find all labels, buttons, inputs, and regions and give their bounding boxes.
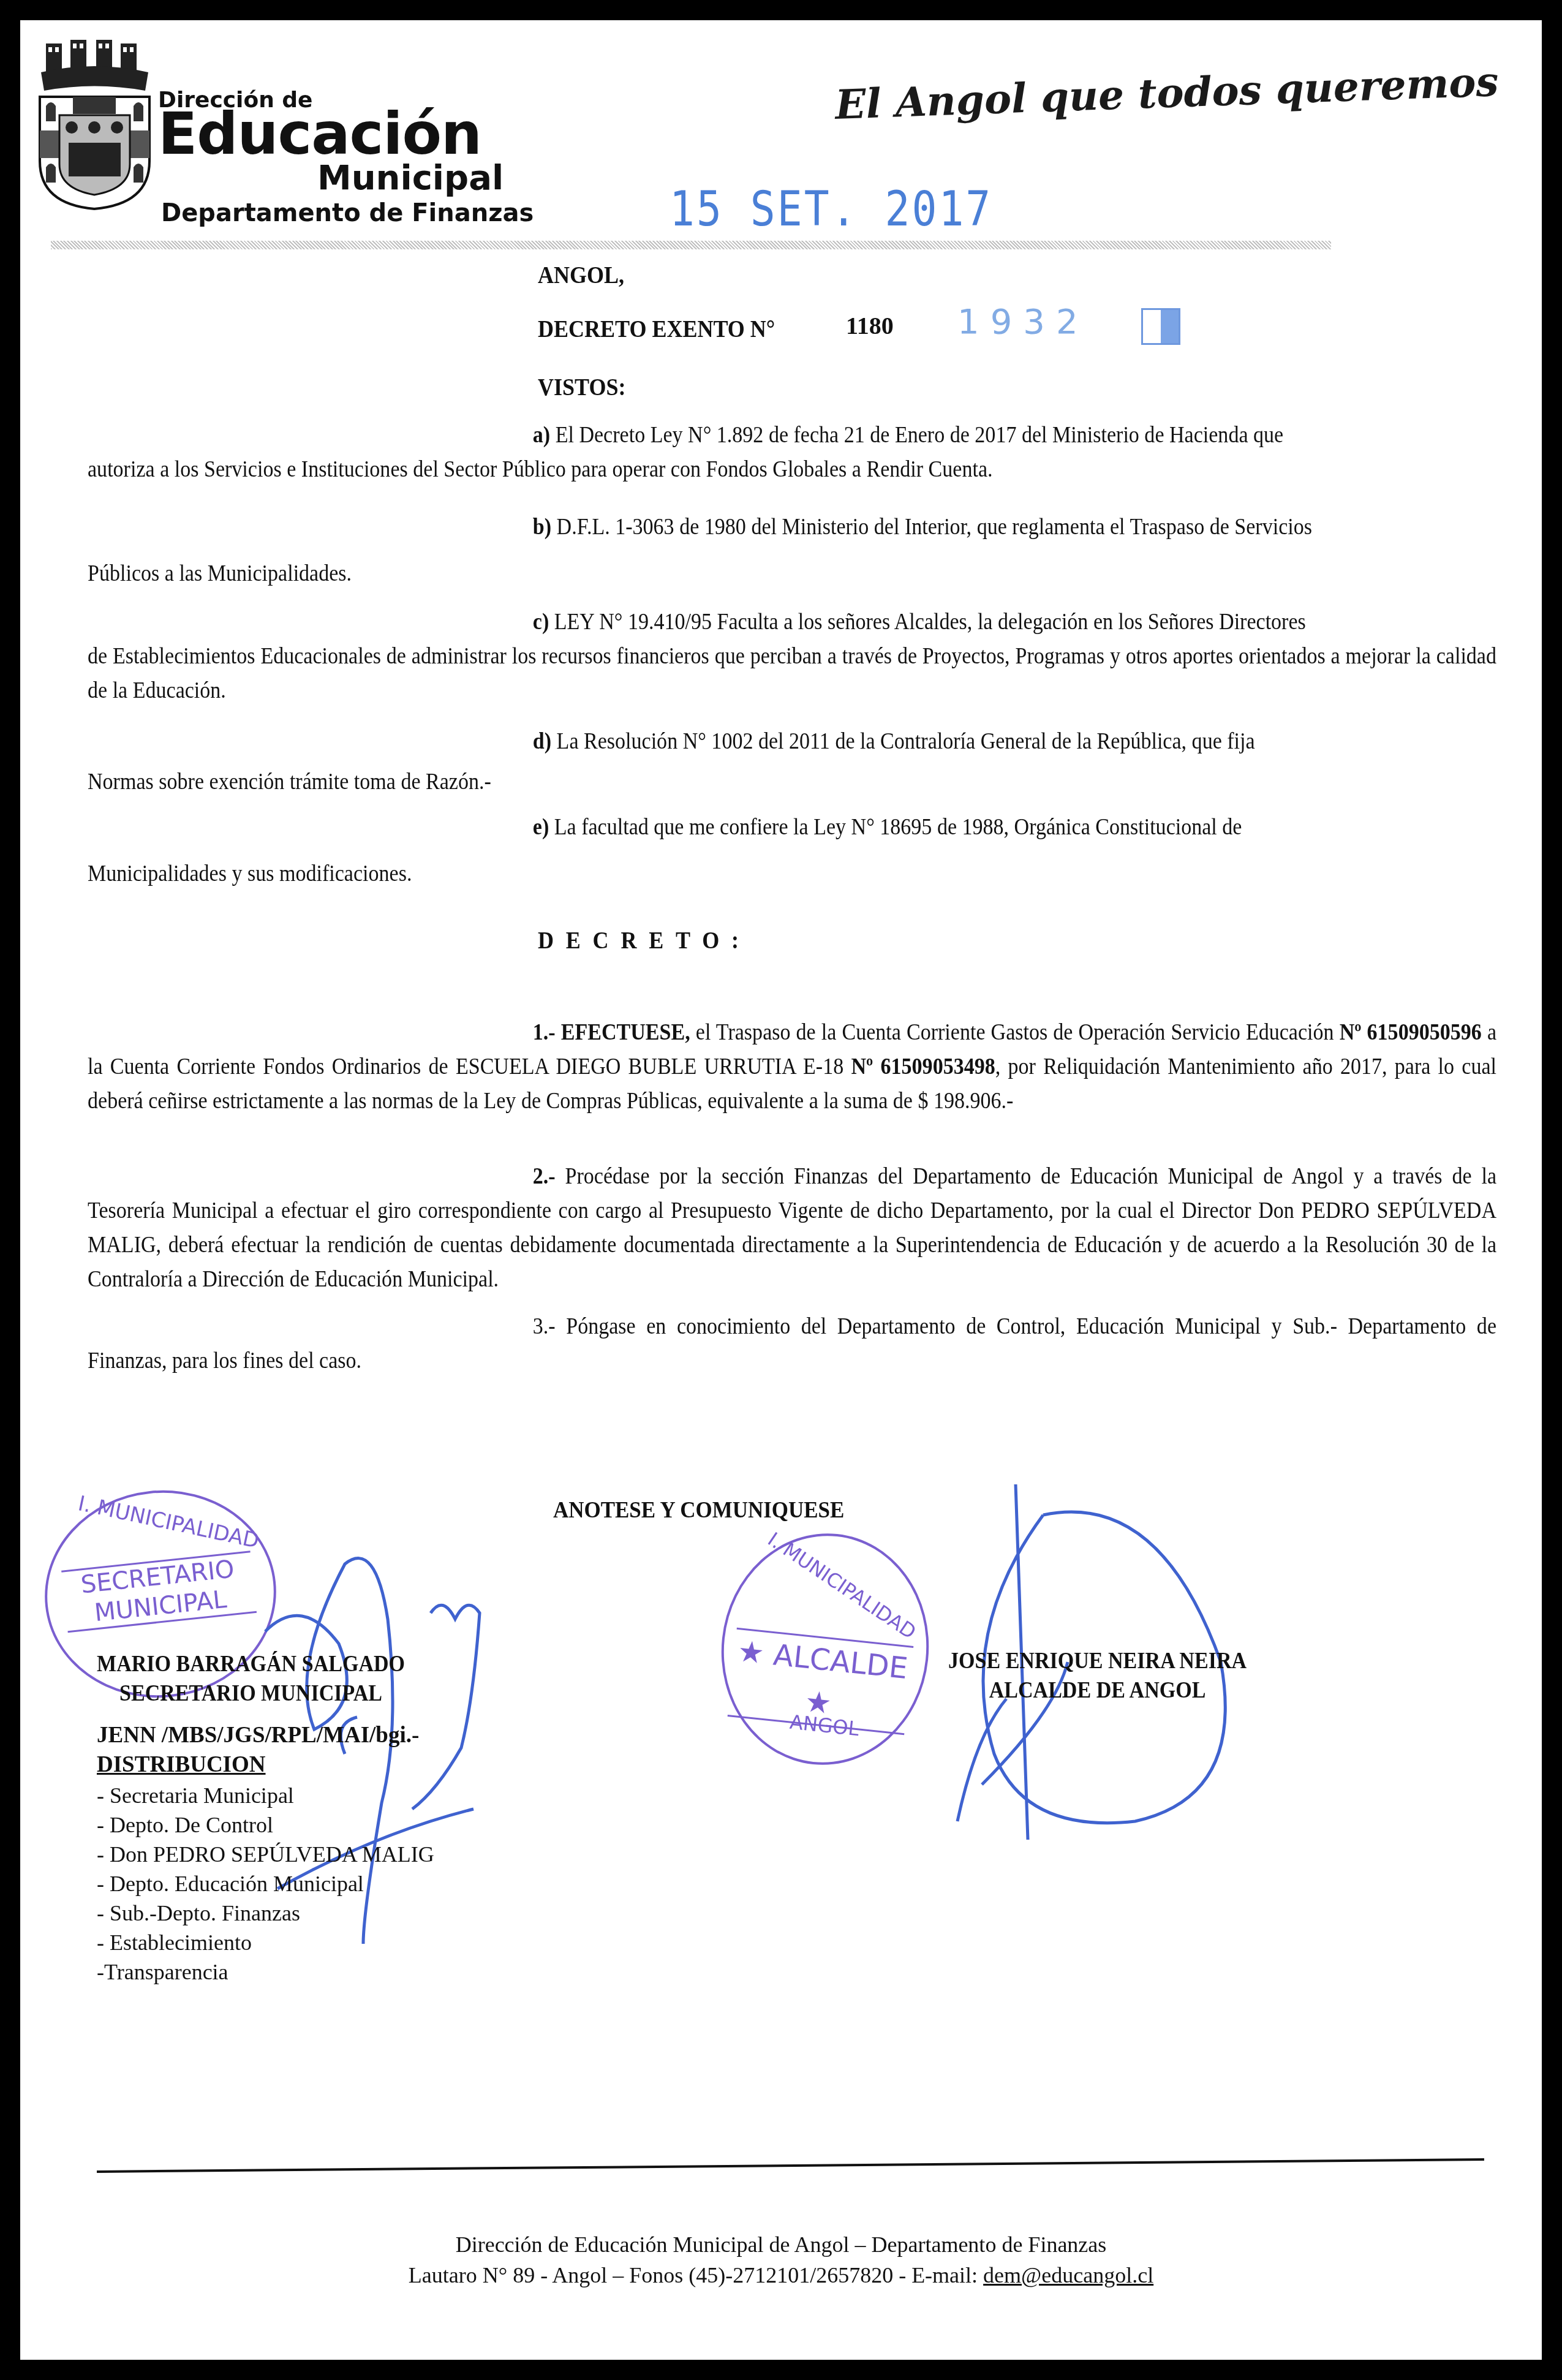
secretary-title: SECRETARIO MUNICIPAL bbox=[97, 1679, 405, 1709]
mayor-name: JOSE ENRIQUE NEIRA NEIRA bbox=[948, 1647, 1247, 1676]
article-3: 3.- Póngase en conocimiento del Departam… bbox=[88, 1310, 1496, 1378]
logo-educacion: Educación bbox=[158, 106, 481, 164]
article-2: 2.- Procédase por la sección Finanzas de… bbox=[88, 1160, 1496, 1297]
article-1: 1.- EFECTUESE, el Traspaso de la Cuenta … bbox=[88, 1016, 1496, 1119]
reference-initials: JENN /MBS/JGS/RPL/MAI/bgi.- bbox=[97, 1722, 419, 1748]
distribution-item: - Depto. Educación Municipal bbox=[97, 1869, 434, 1898]
distribution-item: - Secretaria Municipal bbox=[97, 1781, 434, 1810]
date-stamp: 15 SET. 2017 bbox=[670, 182, 992, 238]
distribution-item: - Don PEDRO SEPÚLVEDA MALIG bbox=[97, 1840, 434, 1869]
registry-stamp-box bbox=[1141, 308, 1180, 345]
distribution-item: - Establecimiento bbox=[97, 1928, 434, 1957]
vistos-e: e) La facultad que me confiere la Ley N°… bbox=[88, 810, 1496, 891]
motto: El Angol que todos queremos bbox=[834, 58, 1500, 129]
distribution-item: -Transparencia bbox=[97, 1957, 434, 1987]
coat-of-arms-icon bbox=[35, 39, 154, 210]
footer-divider bbox=[97, 2158, 1484, 2173]
vistos-c: c) LEY N° 19.410/95 Faculta a los señore… bbox=[88, 605, 1496, 708]
footer-address: Lautaro N° 89 - Angol – Fonos (45)-27121… bbox=[409, 2263, 978, 2287]
vistos-d: d) La Resolución N° 1002 del 2011 de la … bbox=[88, 725, 1496, 799]
document-page: Dirección de Educación Municipal Departa… bbox=[20, 20, 1542, 2360]
mayor-stamp: I. MUNICIPALIDAD ★ ALCALDE ★ ANGOL bbox=[710, 1523, 940, 1775]
decree-label: DECRETO EXENTO N° bbox=[538, 314, 775, 343]
vistos-a: a) El Decreto Ley N° 1.892 de fecha 21 d… bbox=[88, 418, 1496, 487]
footer-contact: Lautaro N° 89 - Angol – Fonos (45)-27121… bbox=[20, 2262, 1542, 2288]
vistos-b: b) D.F.L. 1-3063 de 1980 del Ministerio … bbox=[88, 510, 1496, 591]
decree-number: 1180 bbox=[846, 311, 894, 340]
logo-municipal: Municipal bbox=[317, 158, 504, 198]
mayor-title: ALCALDE DE ANGOL bbox=[948, 1676, 1247, 1706]
secretary-name: MARIO BARRAGÁN SALGADO bbox=[97, 1650, 405, 1679]
distribution-list: - Secretaria Municipal - Depto. De Contr… bbox=[97, 1781, 434, 1987]
distribution-title: DISTRIBUCION bbox=[97, 1751, 266, 1778]
mayor-signature-block: JOSE ENRIQUE NEIRA NEIRA ALCALDE DE ANGO… bbox=[948, 1647, 1247, 1706]
distribution-item: - Sub.-Depto. Finanzas bbox=[97, 1898, 434, 1928]
header-divider bbox=[51, 241, 1331, 249]
footer-email-link[interactable]: dem@educangol.cl bbox=[983, 2263, 1153, 2287]
decreto-heading: DECRETO: bbox=[538, 926, 751, 954]
distribution-item: - Depto. De Control bbox=[97, 1810, 434, 1840]
logo-departamento: Departamento de Finanzas bbox=[161, 199, 534, 227]
city-heading: ANGOL, bbox=[538, 260, 624, 289]
registry-stamp: 1932 bbox=[957, 302, 1089, 342]
secretary-signature-block: MARIO BARRAGÁN SALGADO SECRETARIO MUNICI… bbox=[97, 1650, 405, 1709]
vistos-heading: VISTOS: bbox=[538, 372, 625, 401]
closing-formula: ANOTESE Y COMUNIQUESE bbox=[553, 1497, 844, 1524]
footer-org: Dirección de Educación Municipal de Ango… bbox=[20, 2232, 1542, 2257]
